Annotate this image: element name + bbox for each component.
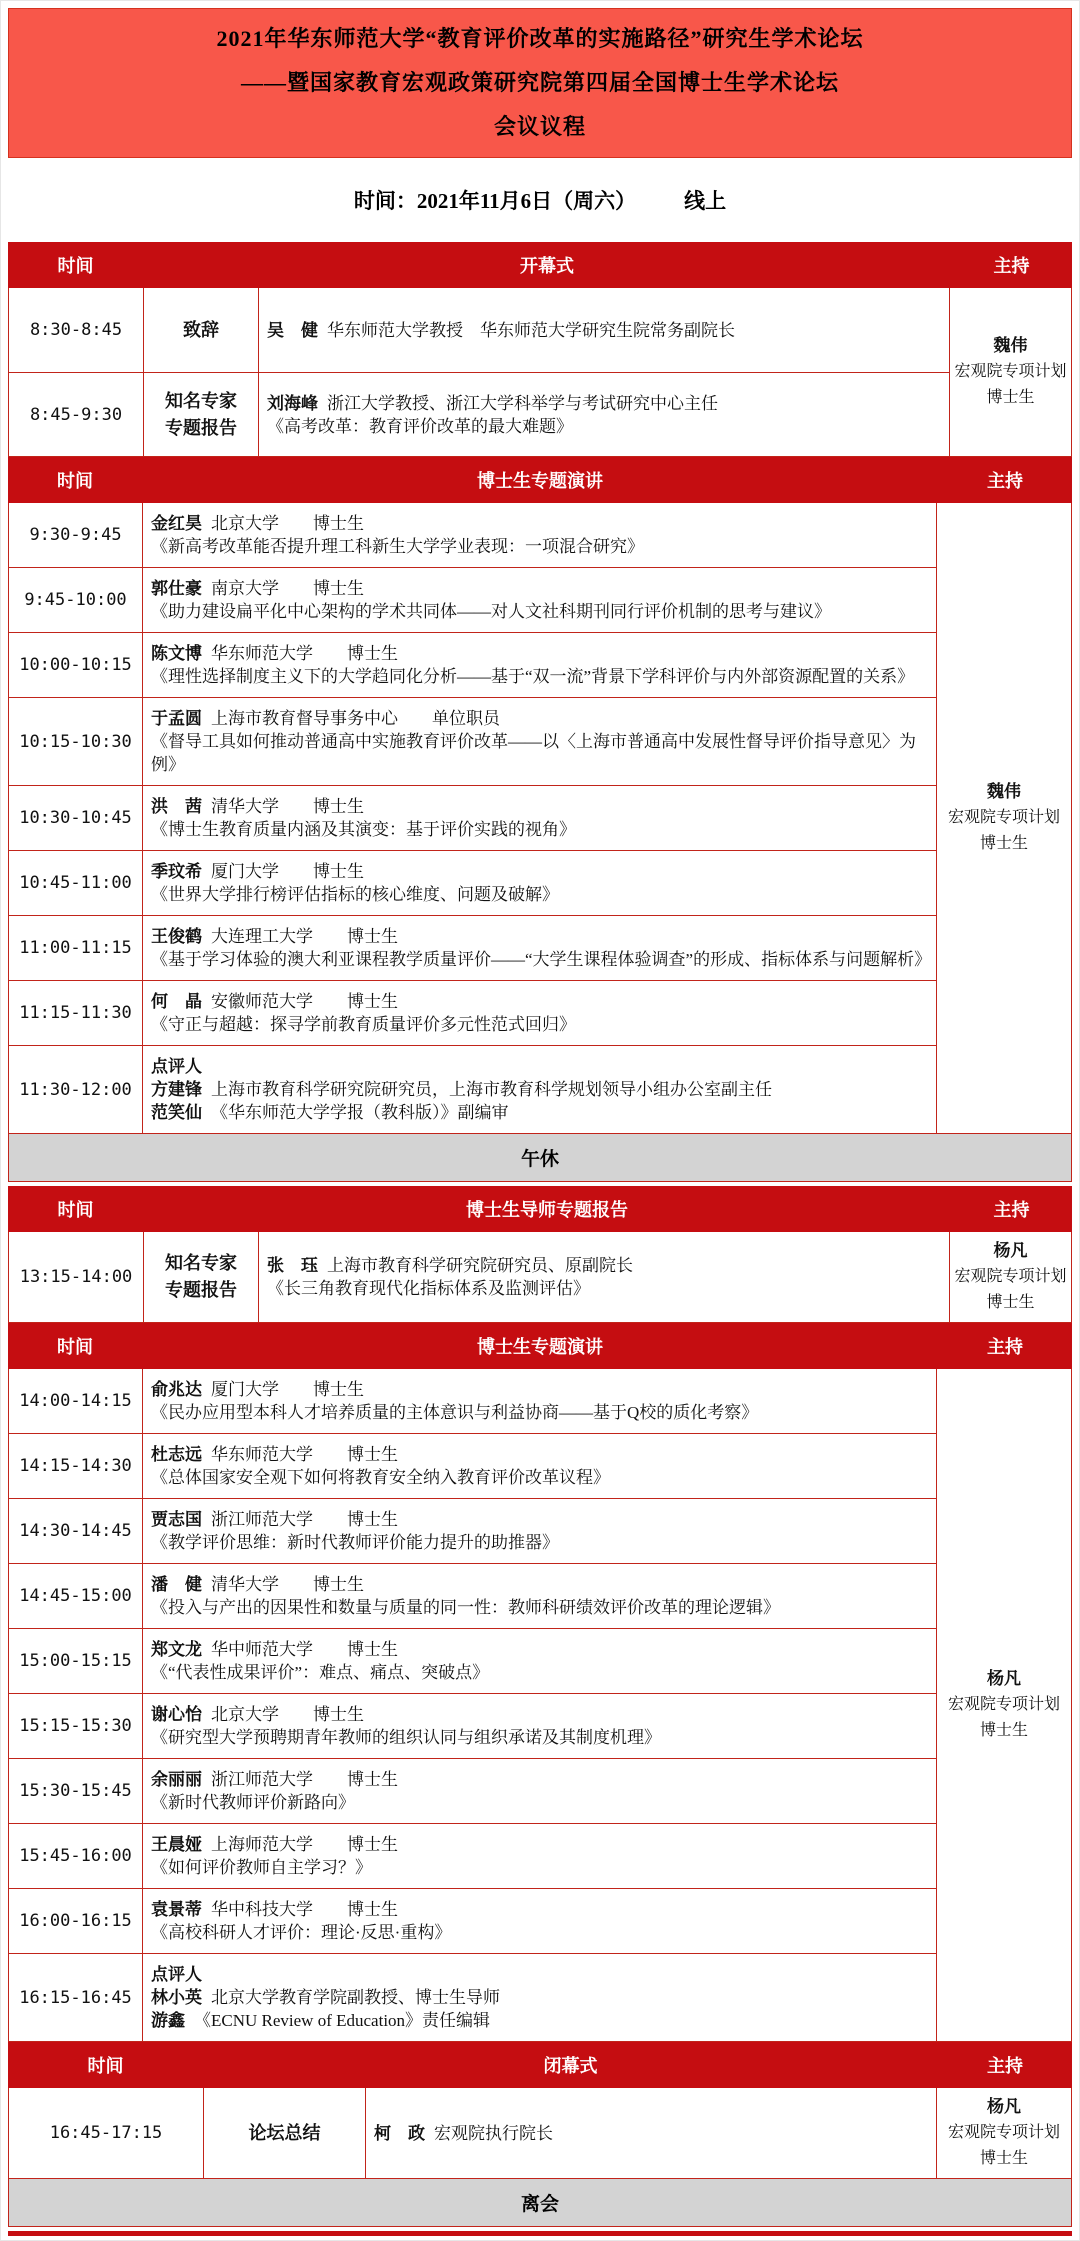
content-text: 上海市教育督导事务中心 单位职员 — [211, 709, 500, 728]
bottom-rule — [8, 2231, 1072, 2236]
content-cell: 陈文博华东师范大学 博士生《理性选择制度主义下的大学趋同化分析——基于“双一流”… — [143, 632, 937, 697]
content-line: 谢心怡北京大学 博士生 — [151, 1703, 924, 1726]
content-line: 余丽丽浙江师范大学 博士生 — [151, 1768, 924, 1791]
section-body-phd-talks-pm: 14:00-14:15俞兆达厦门大学 博士生《民办应用型本科人才培养质量的主体意… — [8, 1369, 1072, 2042]
section-title-supervisor-report: 博士生导师专题报告 — [143, 1196, 951, 1222]
content-text: 《新时代教师评价新路向》 — [151, 1793, 355, 1812]
column-header-time: 时间 — [8, 1333, 142, 1359]
content-text: 浙江师范大学 博士生 — [211, 1510, 398, 1529]
category-line: 知名专家 — [165, 388, 237, 415]
content-cell: 袁景蒂华中科技大学 博士生《高校科研人才评价：理论·反思·重构》 — [143, 1888, 937, 1953]
host-role: 博士生 — [980, 831, 1028, 857]
content-line: 《高校科研人才评价：理论·反思·重构》 — [151, 1921, 924, 1944]
section-header-supervisor-report: 时间博士生导师专题报告主持 — [8, 1186, 1072, 1232]
category-line: 致辞 — [183, 317, 219, 344]
content-cell: 王俊鹤大连理工大学 博士生《基于学习体验的澳大利亚课程教学质量评价——“大学生课… — [143, 915, 937, 980]
content-text: 《新高考改革能否提升理工科新生大学学业表现：一项混合研究》 — [151, 537, 644, 556]
host-org: 宏观院专项计划 — [948, 2120, 1060, 2146]
section-header-phd-talks-am: 时间博士生专题演讲主持 — [8, 457, 1072, 503]
content-text: 《如何评价教师自主学习？》 — [151, 1858, 372, 1877]
time-cell: 15:00-15:15 — [9, 1628, 143, 1693]
content-line: 《理性选择制度主义下的大学趋同化分析——基于“双一流”背景下学科评价与内外部资源… — [151, 665, 924, 688]
speaker-name: 洪 茜 — [151, 797, 202, 816]
content-cell: 刘海峰浙江大学教授、浙江大学科举学与考试研究中心主任《高考改革：教育评价改革的最… — [259, 372, 950, 456]
section-body-opening: 8:30-8:45致辞吴 健华东师范大学教授 华东师范大学研究生院常务副院长8:… — [8, 288, 1072, 457]
content-line: 《博士生教育质量内涵及其演变：基于评价实践的视角》 — [151, 818, 924, 841]
content-cell: 贾志国浙江师范大学 博士生《教学评价思维：新时代教师评价能力提升的助推器》 — [143, 1498, 937, 1563]
host-org: 宏观院专项计划 — [948, 1692, 1060, 1718]
column-header-host: 主持 — [938, 467, 1072, 493]
host-name: 杨凡 — [994, 1238, 1028, 1264]
conference-title-line2: ——暨国家教育宏观政策研究院第四届全国博士生学术论坛 — [241, 61, 839, 105]
speaker-name: 张 珏 — [267, 1256, 318, 1275]
content-line: 何 晶安徽师范大学 博士生 — [151, 990, 924, 1013]
host-cell: 魏伟宏观院专项计划博士生 — [937, 503, 1071, 1133]
time-cell: 8:30-8:45 — [9, 288, 144, 372]
speaker-name: 贾志国 — [151, 1510, 202, 1529]
content-line: 《新时代教师评价新路向》 — [151, 1791, 924, 1814]
content-line: 俞兆达厦门大学 博士生 — [151, 1378, 924, 1401]
speaker-name: 郭仕豪 — [151, 579, 202, 598]
speaker-name: 范笑仙 — [151, 1103, 202, 1122]
column-header-time: 时间 — [8, 2052, 203, 2078]
content-text: 厦门大学 博士生 — [211, 1380, 364, 1399]
host-role: 博士生 — [980, 1718, 1028, 1744]
speaker-name: 林小英 — [151, 1988, 202, 2007]
time-cell: 14:30-14:45 — [9, 1498, 143, 1563]
content-cell: 洪 茜清华大学 博士生《博士生教育质量内涵及其演变：基于评价实践的视角》 — [143, 785, 937, 850]
content-line: 方建锋上海市教育科学研究院研究员，上海市教育科学规划领导小组办公室副主任 — [151, 1078, 924, 1101]
section-title-opening: 开幕式 — [143, 252, 951, 278]
content-cell: 潘 健清华大学 博士生《投入与产出的因果性和数量与质量的同一性：教师科研绩效评价… — [143, 1563, 937, 1628]
content-line: 《民办应用型本科人才培养质量的主体意识与利益协商——基于Q校的质化考察》 — [151, 1401, 924, 1424]
content-cell: 金红昊北京大学 博士生《新高考改革能否提升理工科新生大学学业表现：一项混合研究》 — [143, 503, 937, 567]
time-cell: 8:45-9:30 — [9, 372, 144, 456]
content-text: 《世界大学排行榜评估指标的核心维度、问题及破解》 — [151, 885, 559, 904]
content-cell: 点评人方建锋上海市教育科学研究院研究员，上海市教育科学规划领导小组办公室副主任范… — [143, 1045, 937, 1133]
speaker-name: 金红昊 — [151, 514, 202, 533]
content-line: 王俊鹤大连理工大学 博士生 — [151, 925, 924, 948]
time-cell: 10:30-10:45 — [9, 785, 143, 850]
host-role: 博士生 — [986, 1290, 1034, 1316]
content-line: 《长三角教育现代化指标体系及监测评估》 — [267, 1277, 937, 1300]
content-text: 浙江师范大学 博士生 — [211, 1770, 398, 1789]
speaker-name: 王俊鹤 — [151, 927, 202, 946]
content-cell: 谢心怡北京大学 博士生《研究型大学预聘期青年教师的组织认同与组织承诺及其制度机理… — [143, 1693, 937, 1758]
speaker-name: 何 晶 — [151, 992, 202, 1011]
content-line: 王晨娅上海师范大学 博士生 — [151, 1833, 924, 1856]
content-cell: 郑文龙华中师范大学 博士生《“代表性成果评价”：难点、痛点、突破点》 — [143, 1628, 937, 1693]
column-header-host: 主持 — [938, 1333, 1072, 1359]
content-text: 《教学评价思维：新时代教师评价能力提升的助推器》 — [151, 1533, 559, 1552]
content-line: 洪 茜清华大学 博士生 — [151, 795, 924, 818]
content-line: 袁景蒂华中科技大学 博士生 — [151, 1898, 924, 1921]
host-name: 魏伟 — [987, 779, 1021, 805]
speaker-name: 王晨娅 — [151, 1835, 202, 1854]
content-line: 季玟希厦门大学 博士生 — [151, 860, 924, 883]
break-label: 午休 — [521, 1144, 559, 1171]
content-text: 《华东师范大学学报（教科版）》副编审 — [211, 1103, 509, 1122]
host-role: 博士生 — [980, 2146, 1028, 2172]
host-org: 宏观院专项计划 — [954, 1264, 1066, 1290]
content-line: 《新高考改革能否提升理工科新生大学学业表现：一项混合研究》 — [151, 535, 924, 558]
content-text: 北京大学教育学院副教授、博士生导师 — [211, 1988, 500, 2007]
content-line: 游鑫《ECNU Review of Education》责任编辑 — [151, 2009, 924, 2032]
schedule-tables: 时间开幕式主持8:30-8:45致辞吴 健华东师范大学教授 华东师范大学研究生院… — [8, 242, 1072, 2227]
time-cell: 11:15-11:30 — [9, 980, 143, 1045]
category-line: 论坛总结 — [249, 2120, 321, 2147]
content-line: 陈文博华东师范大学 博士生 — [151, 642, 924, 665]
category-cell: 论坛总结 — [204, 2088, 366, 2178]
content-line: 于孟圆上海市教育督导事务中心 单位职员 — [151, 707, 924, 730]
host-name: 杨凡 — [987, 2094, 1021, 2120]
content-text: 北京大学 博士生 — [211, 514, 364, 533]
break-band-noon: 午休 — [8, 1134, 1072, 1182]
content-text: 上海市教育科学研究院研究员，上海市教育科学规划领导小组办公室副主任 — [211, 1080, 772, 1099]
speaker-name: 俞兆达 — [151, 1380, 202, 1399]
speaker-name: 游鑫 — [151, 2011, 185, 2030]
content-line: 杜志远华东师范大学 博士生 — [151, 1443, 924, 1466]
speaker-name: 方建锋 — [151, 1080, 202, 1099]
date-text: 时间：2021年11月6日（周六） — [354, 185, 636, 215]
time-cell: 10:00-10:15 — [9, 632, 143, 697]
host-cell: 杨凡宏观院专项计划博士生 — [950, 1232, 1071, 1322]
content-cell: 俞兆达厦门大学 博士生《民办应用型本科人才培养质量的主体意识与利益协商——基于Q… — [143, 1369, 937, 1433]
content-text: 大连理工大学 博士生 — [211, 927, 398, 946]
date-bar: 时间：2021年11月6日（周六） 线上 — [8, 158, 1072, 242]
content-line: 《守正与超越：探寻学前教育质量评价多元性范式回归》 — [151, 1013, 924, 1036]
content-text: 《高校科研人才评价：理论·反思·重构》 — [151, 1923, 451, 1942]
content-text: 北京大学 博士生 — [211, 1705, 364, 1724]
content-text: 《民办应用型本科人才培养质量的主体意识与利益协商——基于Q校的质化考察》 — [151, 1403, 758, 1422]
speaker-name: 陈文博 — [151, 644, 202, 663]
category-line: 专题报告 — [165, 1277, 237, 1304]
column-header-time: 时间 — [8, 252, 143, 278]
time-cell: 16:15-16:45 — [9, 1953, 143, 2041]
column-header-host: 主持 — [951, 252, 1072, 278]
time-cell: 15:30-15:45 — [9, 1758, 143, 1823]
time-cell: 14:45-15:00 — [9, 1563, 143, 1628]
content-text: 厦门大学 博士生 — [211, 862, 364, 881]
category-cell: 知名专家专题报告 — [144, 1232, 259, 1322]
content-line: 《助力建设扁平化中心架构的学术共同体——对人文社科期刊同行评价机制的思考与建议》 — [151, 600, 924, 623]
content-text: 上海师范大学 博士生 — [211, 1835, 398, 1854]
content-cell: 吴 健华东师范大学教授 华东师范大学研究生院常务副院长 — [259, 288, 950, 372]
content-text: 华东师范大学教授 华东师范大学研究生院常务副院长 — [327, 321, 735, 340]
content-line: 点评人 — [151, 1055, 924, 1078]
agenda-page: 2021年华东师范大学“教育评价改革的实施路径”研究生学术论坛 ——暨国家教育宏… — [0, 0, 1080, 2241]
content-line: 刘海峰浙江大学教授、浙江大学科举学与考试研究中心主任 — [267, 392, 937, 415]
host-name: 杨凡 — [987, 1666, 1021, 1692]
time-cell: 11:30-12:00 — [9, 1045, 143, 1133]
speaker-name: 余丽丽 — [151, 1770, 202, 1789]
speaker-name: 柯 政 — [374, 2124, 425, 2143]
content-line: 潘 健清华大学 博士生 — [151, 1573, 924, 1596]
content-cell: 余丽丽浙江师范大学 博士生《新时代教师评价新路向》 — [143, 1758, 937, 1823]
host-cell: 杨凡宏观院专项计划博士生 — [937, 1369, 1071, 2041]
title-banner: 2021年华东师范大学“教育评价改革的实施路径”研究生学术论坛 ——暨国家教育宏… — [8, 8, 1072, 158]
content-text: 宏观院执行院长 — [434, 2124, 553, 2143]
time-cell: 15:15-15:30 — [9, 1693, 143, 1758]
content-line: 金红昊北京大学 博士生 — [151, 512, 924, 535]
content-text: 《“代表性成果评价”：难点、痛点、突破点》 — [151, 1663, 489, 1682]
content-text: 清华大学 博士生 — [211, 1575, 364, 1594]
break-band-leave: 离会 — [8, 2179, 1072, 2227]
column-header-host: 主持 — [951, 1196, 1072, 1222]
content-cell: 郭仕豪南京大学 博士生《助力建设扁平化中心架构的学术共同体——对人文社科期刊同行… — [143, 567, 937, 632]
host-org: 宏观院专项计划 — [948, 805, 1060, 831]
content-text: 华东师范大学 博士生 — [211, 644, 398, 663]
content-line: 郑文龙华中师范大学 博士生 — [151, 1638, 924, 1661]
content-text: 《基于学习体验的澳大利亚课程教学质量评价——“大学生课程体验调查”的形成、指标体… — [151, 950, 931, 969]
content-text: 华东师范大学 博士生 — [211, 1445, 398, 1464]
time-cell: 9:30-9:45 — [9, 503, 143, 567]
content-line: 《“代表性成果评价”：难点、痛点、突破点》 — [151, 1661, 924, 1684]
content-line: 《投入与产出的因果性和数量与质量的同一性：教师科研绩效评价改革的理论逻辑》 — [151, 1596, 924, 1619]
content-line: 林小英北京大学教育学院副教授、博士生导师 — [151, 1986, 924, 2009]
content-text: 《ECNU Review of Education》责任编辑 — [194, 2011, 490, 2030]
time-cell: 11:00-11:15 — [9, 915, 143, 980]
speaker-name: 刘海峰 — [267, 394, 318, 413]
time-cell: 10:45-11:00 — [9, 850, 143, 915]
content-text: 浙江大学教授、浙江大学科举学与考试研究中心主任 — [327, 394, 718, 413]
column-header-time: 时间 — [8, 1196, 143, 1222]
content-line: 张 珏上海市教育科学研究院研究员、原副院长 — [267, 1254, 937, 1277]
section-header-closing: 时间闭幕式主持 — [8, 2042, 1072, 2088]
content-text: 华中师范大学 博士生 — [211, 1640, 398, 1659]
speaker-name: 袁景蒂 — [151, 1900, 202, 1919]
column-header-host: 主持 — [938, 2052, 1072, 2078]
break-label: 离会 — [521, 2189, 559, 2216]
category-line: 知名专家 — [165, 1250, 237, 1277]
content-cell: 何 晶安徽师范大学 博士生《守正与超越：探寻学前教育质量评价多元性范式回归》 — [143, 980, 937, 1045]
content-text: 《理性选择制度主义下的大学趋同化分析——基于“双一流”背景下学科评价与内外部资源… — [151, 667, 914, 686]
section-title-phd-talks-am: 博士生专题演讲 — [142, 467, 938, 493]
time-cell: 13:15-14:00 — [9, 1232, 144, 1322]
content-line: 《督导工具如何推动普通高中实施教育评价改革——以〈上海市普通高中发展性督导评价指… — [151, 730, 924, 776]
speaker-name: 于孟圆 — [151, 709, 202, 728]
content-text: 清华大学 博士生 — [211, 797, 364, 816]
category-cell: 知名专家专题报告 — [144, 372, 259, 456]
time-cell: 15:45-16:00 — [9, 1823, 143, 1888]
content-line: 《研究型大学预聘期青年教师的组织认同与组织承诺及其制度机理》 — [151, 1726, 924, 1749]
host-role: 博士生 — [986, 385, 1034, 411]
conference-title-line1: 2021年华东师范大学“教育评价改革的实施路径”研究生学术论坛 — [216, 17, 863, 61]
section-title-closing: 闭幕式 — [203, 2052, 938, 2078]
agenda-heading: 会议议程 — [494, 105, 586, 149]
speaker-name: 郑文龙 — [151, 1640, 202, 1659]
content-text: 安徽师范大学 博士生 — [211, 992, 398, 1011]
host-cell: 魏伟宏观院专项计划博士生 — [950, 288, 1071, 456]
content-cell: 于孟圆上海市教育督导事务中心 单位职员《督导工具如何推动普通高中实施教育评价改革… — [143, 697, 937, 785]
content-text: 《投入与产出的因果性和数量与质量的同一性：教师科研绩效评价改革的理论逻辑》 — [151, 1598, 780, 1617]
content-cell: 王晨娅上海师范大学 博士生《如何评价教师自主学习？》 — [143, 1823, 937, 1888]
content-line: 《总体国家安全观下如何将教育安全纳入教育评价改革议程》 — [151, 1466, 924, 1489]
speaker-name: 潘 健 — [151, 1575, 202, 1594]
content-text: 《助力建设扁平化中心架构的学术共同体——对人文社科期刊同行评价机制的思考与建议》 — [151, 602, 831, 621]
speaker-name: 点评人 — [151, 1057, 202, 1076]
category-line: 专题报告 — [165, 415, 237, 442]
content-text: 上海市教育科学研究院研究员、原副院长 — [327, 1256, 633, 1275]
column-header-time: 时间 — [8, 467, 142, 493]
section-body-phd-talks-am: 9:30-9:45金红昊北京大学 博士生《新高考改革能否提升理工科新生大学学业表… — [8, 503, 1072, 1134]
content-text: 南京大学 博士生 — [211, 579, 364, 598]
content-text: 《博士生教育质量内涵及其演变：基于评价实践的视角》 — [151, 820, 576, 839]
time-cell: 9:45-10:00 — [9, 567, 143, 632]
content-cell: 张 珏上海市教育科学研究院研究员、原副院长《长三角教育现代化指标体系及监测评估》 — [259, 1232, 950, 1322]
content-text: 《督导工具如何推动普通高中实施教育评价改革——以〈上海市普通高中发展性督导评价指… — [151, 732, 916, 774]
content-line: 点评人 — [151, 1963, 924, 1986]
content-text: 《守正与超越：探寻学前教育质量评价多元性范式回归》 — [151, 1015, 576, 1034]
category-cell: 致辞 — [144, 288, 259, 372]
content-text: 华中科技大学 博士生 — [211, 1900, 398, 1919]
content-text: 《总体国家安全观下如何将教育安全纳入教育评价改革议程》 — [151, 1468, 610, 1487]
host-name: 魏伟 — [994, 333, 1028, 359]
content-line: 范笑仙《华东师范大学学报（教科版）》副编审 — [151, 1101, 924, 1124]
content-cell: 季玟希厦门大学 博士生《世界大学排行榜评估指标的核心维度、问题及破解》 — [143, 850, 937, 915]
time-cell: 10:15-10:30 — [9, 697, 143, 785]
time-cell: 14:15-14:30 — [9, 1433, 143, 1498]
content-line: 贾志国浙江师范大学 博士生 — [151, 1508, 924, 1531]
content-line: 《教学评价思维：新时代教师评价能力提升的助推器》 — [151, 1531, 924, 1554]
host-cell: 杨凡宏观院专项计划博士生 — [937, 2088, 1071, 2178]
speaker-name: 季玟希 — [151, 862, 202, 881]
section-body-closing: 16:45-17:15论坛总结柯 政宏观院执行院长杨凡宏观院专项计划博士生 — [8, 2088, 1072, 2179]
content-line: 《基于学习体验的澳大利亚课程教学质量评价——“大学生课程体验调查”的形成、指标体… — [151, 948, 924, 971]
content-line: 《高考改革：教育评价改革的最大难题》 — [267, 415, 937, 438]
content-cell: 杜志远华东师范大学 博士生《总体国家安全观下如何将教育安全纳入教育评价改革议程》 — [143, 1433, 937, 1498]
content-text: 《长三角教育现代化指标体系及监测评估》 — [267, 1279, 590, 1298]
content-line: 《世界大学排行榜评估指标的核心维度、问题及破解》 — [151, 883, 924, 906]
time-cell: 16:00-16:15 — [9, 1888, 143, 1953]
speaker-name: 吴 健 — [267, 321, 318, 340]
content-text: 《研究型大学预聘期青年教师的组织认同与组织承诺及其制度机理》 — [151, 1728, 661, 1747]
section-header-phd-talks-pm: 时间博士生专题演讲主持 — [8, 1323, 1072, 1369]
section-title-phd-talks-pm: 博士生专题演讲 — [142, 1333, 938, 1359]
venue-mode-text: 线上 — [684, 185, 726, 215]
host-org: 宏观院专项计划 — [954, 359, 1066, 385]
time-cell: 14:00-14:15 — [9, 1369, 143, 1433]
content-cell: 柯 政宏观院执行院长 — [366, 2088, 937, 2178]
content-line: 柯 政宏观院执行院长 — [374, 2122, 924, 2145]
speaker-name: 杜志远 — [151, 1445, 202, 1464]
content-line: 吴 健华东师范大学教授 华东师范大学研究生院常务副院长 — [267, 319, 937, 342]
speaker-name: 点评人 — [151, 1965, 202, 1984]
content-line: 《如何评价教师自主学习？》 — [151, 1856, 924, 1879]
content-text: 《高考改革：教育评价改革的最大难题》 — [267, 417, 573, 436]
section-header-opening: 时间开幕式主持 — [8, 242, 1072, 288]
content-line: 郭仕豪南京大学 博士生 — [151, 577, 924, 600]
section-body-supervisor-report: 13:15-14:00知名专家专题报告张 珏上海市教育科学研究院研究员、原副院长… — [8, 1232, 1072, 1323]
time-cell: 16:45-17:15 — [9, 2088, 204, 2178]
content-cell: 点评人林小英北京大学教育学院副教授、博士生导师游鑫《ECNU Review of… — [143, 1953, 937, 2041]
speaker-name: 谢心怡 — [151, 1705, 202, 1724]
